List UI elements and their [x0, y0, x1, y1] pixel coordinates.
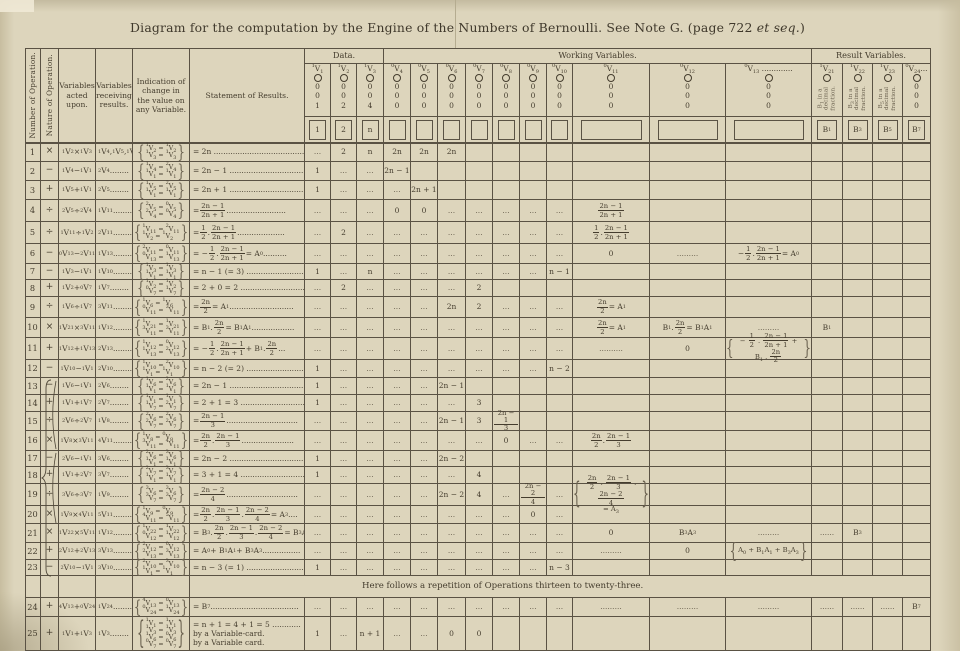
- op-sign: +: [41, 617, 59, 650]
- stored-digit: 0: [315, 91, 320, 101]
- cell-v4: ...: [384, 280, 411, 296]
- cell-v10: [547, 412, 573, 430]
- stored-digit: 0: [914, 82, 919, 92]
- cell-v21: [812, 360, 843, 377]
- cell-v3: ...: [357, 244, 384, 263]
- stored-digit: 4: [368, 101, 373, 111]
- cell-v21: [812, 617, 843, 650]
- cell-v22: [843, 143, 873, 161]
- cell-v1: 1: [305, 467, 331, 483]
- cell-v23: [873, 297, 903, 317]
- cell-v8: ...: [493, 484, 520, 505]
- op-number: 8: [25, 280, 41, 296]
- cell-v5: ...: [411, 451, 438, 466]
- op-number: 17: [25, 451, 41, 466]
- column-header-label: Number of Operation.: [29, 52, 37, 138]
- variables-acted-upon: 1V4 − 1V1: [59, 162, 96, 180]
- cell-v11: [573, 617, 650, 650]
- cell-v9: ...: [520, 598, 547, 616]
- cell-v21: [812, 451, 843, 466]
- statement-of-results: = 2n − 13 ..............................: [190, 412, 305, 430]
- variables-receiving: 4V11 ........: [96, 431, 133, 450]
- cell-v12: .........: [650, 244, 726, 263]
- cell-v4: ...: [384, 598, 411, 616]
- cell-v7: ...: [466, 264, 493, 279]
- cell-v23: [873, 200, 903, 221]
- variables-acted-upon: 1V22 × 5V11: [59, 524, 96, 542]
- op-row-11: 11+1V12 + 1V132V13 ........{1V12 = 0V121…: [25, 338, 931, 360]
- variable-label: 1V3: [364, 65, 376, 73]
- variable-label: 0V11: [604, 65, 619, 73]
- cell-v23: [873, 506, 903, 523]
- cell-v22: [843, 318, 873, 337]
- cell-v22: [843, 412, 873, 430]
- cell-v7: ...: [466, 560, 493, 575]
- cell-v11: [573, 560, 650, 575]
- index-circle-icon: [475, 74, 483, 82]
- cell-v3: ...: [357, 412, 384, 430]
- variables-receiving: 3V13 ........: [96, 543, 133, 559]
- cell-v24: B7: [903, 598, 931, 616]
- op-number: 21: [25, 524, 41, 542]
- variable-box: [471, 120, 488, 140]
- cell-v2: ...: [331, 598, 357, 616]
- cell-v21: [812, 543, 843, 559]
- cell-v13: [726, 395, 812, 411]
- cell-v1: ...: [305, 431, 331, 450]
- cell-v21: [812, 506, 843, 523]
- indication-of-change: {2V7 = 3V71V1 = 1V1}: [133, 467, 190, 483]
- brace-lines: 1V5 = 2V51V1 = 1V1: [146, 183, 177, 197]
- cell-v22: [843, 360, 873, 377]
- statement-of-results: = 2 + 1 = 3 ............................…: [190, 395, 305, 411]
- var-header-v5: 0V5000: [411, 64, 438, 116]
- cell-v10: ...: [547, 543, 573, 559]
- cell-v22: [843, 506, 873, 523]
- cell-v8: [493, 143, 520, 161]
- cell-v4: ...: [384, 318, 411, 337]
- cell-v21: [812, 200, 843, 221]
- statement-of-results: = 2n − 1 ...............................…: [190, 162, 305, 180]
- stored-digit: 0: [504, 91, 509, 101]
- cell-v9: ...: [520, 222, 547, 243]
- op-row-22: 22+2V12 + 2V133V13 ........{2V12 = 0V122…: [25, 543, 931, 560]
- box-row-v1: 1: [305, 116, 331, 143]
- cell-v21: [812, 431, 843, 450]
- cell-v8: ...: [493, 543, 520, 559]
- op-sign: −: [41, 162, 59, 180]
- stored-digit: 0: [477, 101, 482, 111]
- box-row-v24: B7: [903, 116, 931, 143]
- cell-v24: [903, 318, 931, 337]
- cell-v7: 3: [466, 412, 493, 430]
- cell-v10: ...: [547, 506, 573, 523]
- cell-v6: ...: [438, 395, 466, 411]
- cell-v6: ...: [438, 467, 466, 483]
- band-cell: [96, 576, 133, 597]
- var-header-v12: 0V12000: [650, 64, 726, 116]
- cell-v8: [493, 451, 520, 466]
- op-row-25: 25+1V1 + 1V31V3 ........{1V1 = 1V11V3 = …: [25, 617, 931, 651]
- stored-digit: 0: [341, 82, 346, 92]
- cell-v10: ...: [547, 222, 573, 243]
- cell-v3: ...: [357, 162, 384, 180]
- repetition-note: Here follows a repetition of Operations …: [190, 576, 931, 597]
- cell-v23: [873, 338, 903, 359]
- cell-v21: [812, 181, 843, 199]
- cell-v21: [812, 338, 843, 359]
- cell-v2: ...: [331, 451, 357, 466]
- cell-v2: ...: [331, 338, 357, 359]
- op-sign: −: [41, 264, 59, 279]
- op-sign: ÷: [41, 200, 59, 221]
- cell-v24: [903, 143, 931, 161]
- cell-v21: ......: [812, 524, 843, 542]
- op-number: 2: [25, 162, 41, 180]
- cell-v2: ...: [331, 181, 357, 199]
- cell-v11: .........: [573, 598, 650, 616]
- cell-v10: [547, 280, 573, 296]
- cell-v5: 0: [411, 200, 438, 221]
- cell-v21: [812, 280, 843, 296]
- op-number: 5: [25, 222, 41, 243]
- cell-v23: [873, 543, 903, 559]
- op-row-21: 21×1V22 × 5V111V12 ........{1V22 = 1V220…: [25, 524, 931, 543]
- cell-v12: B1 . 2n2 = B1A1: [650, 318, 726, 337]
- var-header-v1: 1V1001: [305, 64, 331, 116]
- cell-v3: ...: [357, 506, 384, 523]
- indication-of-change: {1V5 = 2V51V1 = 1V1}: [133, 181, 190, 199]
- cell-v22: [843, 297, 873, 317]
- cell-v7: ...: [466, 360, 493, 377]
- cell-v6: ...: [438, 524, 466, 542]
- cell-v12: [650, 431, 726, 450]
- cell-v23: [873, 318, 903, 337]
- cell-v3: ...: [357, 484, 384, 505]
- cell-v6: ...: [438, 222, 466, 243]
- cell-v9: [520, 181, 547, 199]
- cell-v11: 0: [573, 524, 650, 542]
- op-number: 14: [25, 395, 41, 411]
- cell-v2: 2: [331, 143, 357, 161]
- op-number: 22: [25, 543, 41, 559]
- variables-receiving: 1V11 ........: [96, 200, 133, 221]
- cell-v5: ...: [411, 431, 438, 450]
- box-row-v7: [466, 116, 493, 143]
- cell-v23: [873, 467, 903, 483]
- variables-receiving: 1V24 ........: [96, 598, 133, 616]
- op-row-7: 7−1V3 − 1V11V10 ........{1V3 = 1V31V1 = …: [25, 264, 931, 280]
- indication-of-change: {1V1 = 1V11V3 = 1V31V6 = 0V60V7 = 0V7}: [133, 617, 190, 650]
- cell-v10: ...: [547, 200, 573, 221]
- cell-v12: [650, 451, 726, 466]
- stored-digit: 0: [422, 91, 427, 101]
- cell-v9: 2n − 24: [520, 484, 547, 505]
- index-circle-icon: [314, 74, 322, 82]
- variable-box: B7: [908, 120, 925, 140]
- variable-box: B3: [848, 120, 868, 140]
- result-variable-description: B3 in a decimal fraction.: [848, 84, 867, 113]
- variables-acted-upon: 1V10 − 1V1: [59, 360, 96, 377]
- indication-of-change: {1V9 = 0V94V11 = 5V11}: [133, 506, 190, 523]
- result-variable-description: B1 in a decimal fraction.: [818, 84, 837, 114]
- indication-of-change: {1V12 = 0V121V13 = 2V13}: [133, 338, 190, 359]
- cell-v5: ...: [411, 280, 438, 296]
- cell-v12: 0: [650, 338, 726, 359]
- cell-v1: ...: [305, 412, 331, 430]
- cell-v12: [650, 264, 726, 279]
- cell-v4: ...: [384, 543, 411, 559]
- cell-v22: [843, 484, 873, 505]
- op-row-18: 18+1V1 + 2V73V7 ........{2V7 = 3V71V1 = …: [25, 467, 931, 484]
- variable-box: [416, 120, 433, 140]
- variables-acted-upon: 1V12 + 1V13: [59, 338, 96, 359]
- cell-v9: [520, 451, 547, 466]
- cell-v23: [873, 617, 903, 650]
- cell-v12: [650, 412, 726, 430]
- indication-of-change: {4V13 = 0V130V24 = 1V24}: [133, 598, 190, 616]
- cell-v13: [726, 264, 812, 279]
- op-sign: ÷: [41, 297, 59, 317]
- cell-v3: n: [357, 264, 384, 279]
- stored-digit: 0: [914, 101, 919, 111]
- box-row-v3: n: [357, 116, 384, 143]
- statement-of-results: = 2n + 1 ...............................…: [190, 181, 305, 199]
- cell-v2: ...: [331, 297, 357, 317]
- cell-v10: [547, 467, 573, 483]
- cell-v4: ...: [384, 506, 411, 523]
- statement-of-results: = 2n − 24 ..............................: [190, 484, 305, 505]
- cell-v8: [493, 181, 520, 199]
- cell-v1: 1: [305, 162, 331, 180]
- op-number: 4: [25, 200, 41, 221]
- index-circle-icon: [340, 74, 348, 82]
- op-row-23: 23−2V10 − 1V13V10 ........{2V10 = 3V101V…: [25, 560, 931, 576]
- cell-v24: [903, 181, 931, 199]
- index-circle-icon: [393, 74, 401, 82]
- cell-v11: 2n2 = A1: [573, 318, 650, 337]
- variables-acted-upon: 1V2 + 0V7: [59, 280, 96, 296]
- variables-acted-upon: 1V1 + 1V7: [59, 395, 96, 411]
- var-header-v8: 0V8000: [493, 64, 520, 116]
- cell-v3: ...: [357, 200, 384, 221]
- variable-label: 0V13 .............: [744, 65, 792, 73]
- cell-v21: [812, 395, 843, 411]
- op-row-14: 14+1V1 + 1V72V7 ........{1V1 = 1V11V7 = …: [25, 395, 931, 412]
- variable-box: [658, 120, 718, 140]
- cell-v23: [873, 378, 903, 394]
- indication-of-change: {1V22 = 1V220V12 = 1V12}: [133, 524, 190, 542]
- statement-of-results: = 2n − 2 ...............................…: [190, 451, 305, 466]
- cell-v9: ...: [520, 560, 547, 575]
- stored-digit: 0: [422, 101, 427, 111]
- cell-v2: ...: [331, 264, 357, 279]
- statement-of-results: = − 12 . 2n − 12n + 1 = A0 ..........: [190, 244, 305, 263]
- cell-v22: [843, 162, 873, 180]
- cell-v1: 1: [305, 378, 331, 394]
- cell-v10: ...: [547, 598, 573, 616]
- stored-digit: 0: [557, 82, 562, 92]
- cell-v9: ...: [520, 318, 547, 337]
- variable-label: 0V4: [391, 65, 403, 73]
- cell-v6: [438, 162, 466, 180]
- variable-box: n: [362, 120, 379, 140]
- cell-v7: 3: [466, 395, 493, 411]
- cell-v2: ...: [331, 484, 357, 505]
- stored-digit: 1: [315, 101, 320, 111]
- cell-v7: ...: [466, 318, 493, 337]
- cell-v1: ...: [305, 200, 331, 221]
- cell-v23: [873, 412, 903, 430]
- cell-v3: ...: [357, 338, 384, 359]
- cell-v4: ...: [384, 524, 411, 542]
- brace-lines: 1V3 = 1V31V1 = 1V1: [146, 265, 177, 279]
- box-row-v9: [520, 116, 547, 143]
- operations-group-brace: [41, 379, 61, 577]
- band-cell: [59, 576, 96, 597]
- cell-v22: [843, 200, 873, 221]
- op-sign: +: [41, 338, 59, 359]
- variables-acted-upon: 2V6 − 1V1: [59, 451, 96, 466]
- stored-digit: 0: [395, 101, 400, 111]
- cell-v4: ...: [384, 264, 411, 279]
- cell-v7: ...: [466, 506, 493, 523]
- cell-v9: [520, 378, 547, 394]
- cell-v5: 2n: [411, 143, 438, 161]
- index-circle-icon: [765, 74, 773, 82]
- cell-v7: 2: [466, 280, 493, 296]
- op-row-1: 1×1V2 × 1V31V4, 1V5, 1V6{1V2 = 1V21V3 = …: [25, 143, 931, 162]
- cell-v4: ...: [384, 297, 411, 317]
- cell-v5: ...: [411, 222, 438, 243]
- op-number: 18: [25, 467, 41, 483]
- cell-v12: [650, 181, 726, 199]
- cell-v6: 2n − 2: [438, 451, 466, 466]
- box-row-v2: 2: [331, 116, 357, 143]
- cell-v3: ...: [357, 297, 384, 317]
- brace-lines: 1V6 = 2V61V1 = 1V1: [146, 379, 177, 393]
- statement-of-results: = A0 + B1A1 + B3A3 ................: [190, 543, 305, 559]
- column-header-label: Statement of Results.: [204, 91, 291, 100]
- variable-label: 1V23: [880, 65, 895, 73]
- cell-v8: 2n − 13: [493, 412, 520, 430]
- var-header-v6: 0V6000: [438, 64, 466, 116]
- op-number: 6: [25, 244, 41, 263]
- cell-v11: [573, 395, 650, 411]
- op-row-9: 9÷1V6 ÷ 1V73V11 ........{1V6 = 1V60V11 =…: [25, 297, 931, 318]
- cell-v2: ...: [331, 162, 357, 180]
- cell-v22: [843, 338, 873, 359]
- cell-v12: [650, 467, 726, 483]
- result-variable-description: B5 in a decimal fraction.: [878, 84, 897, 113]
- variables-acted-upon: 1V2 × 1V3: [59, 143, 96, 161]
- brace-lines: 1V1 = 1V11V3 = 1V31V6 = 0V60V7 = 0V7: [146, 620, 177, 648]
- statement-of-results: = 2n − 1 ...............................…: [190, 378, 305, 394]
- variables-acted-upon: 1V8 × 3V11: [59, 431, 96, 450]
- cell-v9: ...: [520, 338, 547, 359]
- cell-v3: n + 1: [357, 617, 384, 650]
- variables-acted-upon: 1V6 − 1V1: [59, 378, 96, 394]
- cell-v23: [873, 431, 903, 450]
- variable-label: 1V1: [312, 65, 324, 73]
- cell-v5: ...: [411, 484, 438, 505]
- op-row-8: 8+1V2 + 0V71V7 ........{1V2 = 1V20V7 = 1…: [25, 280, 931, 297]
- op-sign: ×: [41, 318, 59, 337]
- rotated-label-wrap: B3 in a decimal fraction.: [843, 82, 872, 116]
- variables-acted-upon: 2V10 − 1V1: [59, 560, 96, 575]
- cell-v21: [812, 484, 843, 505]
- cell-v6: ...: [438, 560, 466, 575]
- index-circle-icon: [607, 74, 615, 82]
- cell-v10: [547, 143, 573, 161]
- stored-digit: 0: [531, 82, 536, 92]
- cell-v10: ...: [547, 524, 573, 542]
- variables-receiving: 1V12 ........: [96, 524, 133, 542]
- variable-label: 1V2: [338, 65, 350, 73]
- cell-v4: ...: [384, 378, 411, 394]
- cell-v24: [903, 484, 931, 505]
- stored-digit: 0: [368, 82, 373, 92]
- stored-digit: 0: [531, 91, 536, 101]
- cell-v22: B3: [843, 524, 873, 542]
- cell-v5: ...: [411, 560, 438, 575]
- cell-v12: [650, 360, 726, 377]
- cell-v12: [650, 297, 726, 317]
- indication-of-change: {1V11 = 2V111V2 = 1V2}: [133, 222, 190, 243]
- op-sign: −: [41, 244, 59, 263]
- variables-receiving: 1V13 ........: [96, 244, 133, 263]
- cell-v9: ...: [520, 264, 547, 279]
- scan-artifact-left-edge: [0, 0, 14, 651]
- cell-v1: ...: [305, 297, 331, 317]
- op-row-5: 5÷1V11 ÷ 1V22V11 ........{1V11 = 2V111V2…: [25, 222, 931, 244]
- stored-digit: 0: [609, 82, 614, 92]
- stored-digit: 0: [395, 91, 400, 101]
- cell-v10: ...: [547, 297, 573, 317]
- stored-digit: 0: [685, 82, 690, 92]
- indication-of-change: {2V6 = 2V62V7 = 2V7}: [133, 412, 190, 430]
- cell-v5: ...: [411, 617, 438, 650]
- stored-digit: 2: [341, 101, 346, 111]
- index-circle-icon: [502, 74, 510, 82]
- variable-label: 0V5: [418, 65, 430, 73]
- cell-v6: ...: [438, 506, 466, 523]
- stored-digit: 0: [609, 91, 614, 101]
- cell-v2: ...: [331, 244, 357, 263]
- indication-of-change: {1V6 = 1V60V11 = 3V11}: [133, 297, 190, 317]
- cell-v23: [873, 222, 903, 243]
- cell-v24: [903, 162, 931, 180]
- cell-v23: ......: [873, 598, 903, 616]
- op-number: 7: [25, 264, 41, 279]
- stored-digit: 0: [368, 91, 373, 101]
- op-number: 15: [25, 412, 41, 430]
- stored-digit: 0: [685, 91, 690, 101]
- cell-v5: ...: [411, 506, 438, 523]
- cell-v10: n − 1: [547, 264, 573, 279]
- cell-v10: n − 3: [547, 560, 573, 575]
- cell-v5: ...: [411, 524, 438, 542]
- cell-v13: [726, 506, 812, 523]
- cell-v4: ...: [384, 484, 411, 505]
- cell-v11: 2n2 . 2n − 13: [573, 431, 650, 450]
- repetition-band: Here follows a repetition of Operations …: [25, 576, 931, 598]
- op-number: 11: [25, 338, 41, 359]
- cell-v9: [520, 143, 547, 161]
- box-row-v11: [573, 116, 650, 143]
- index-circle-icon: [420, 74, 428, 82]
- statement-of-results: = B3 . 2n2 . 2n − 13 . 2n − 24 = B3A3 ..…: [190, 524, 305, 542]
